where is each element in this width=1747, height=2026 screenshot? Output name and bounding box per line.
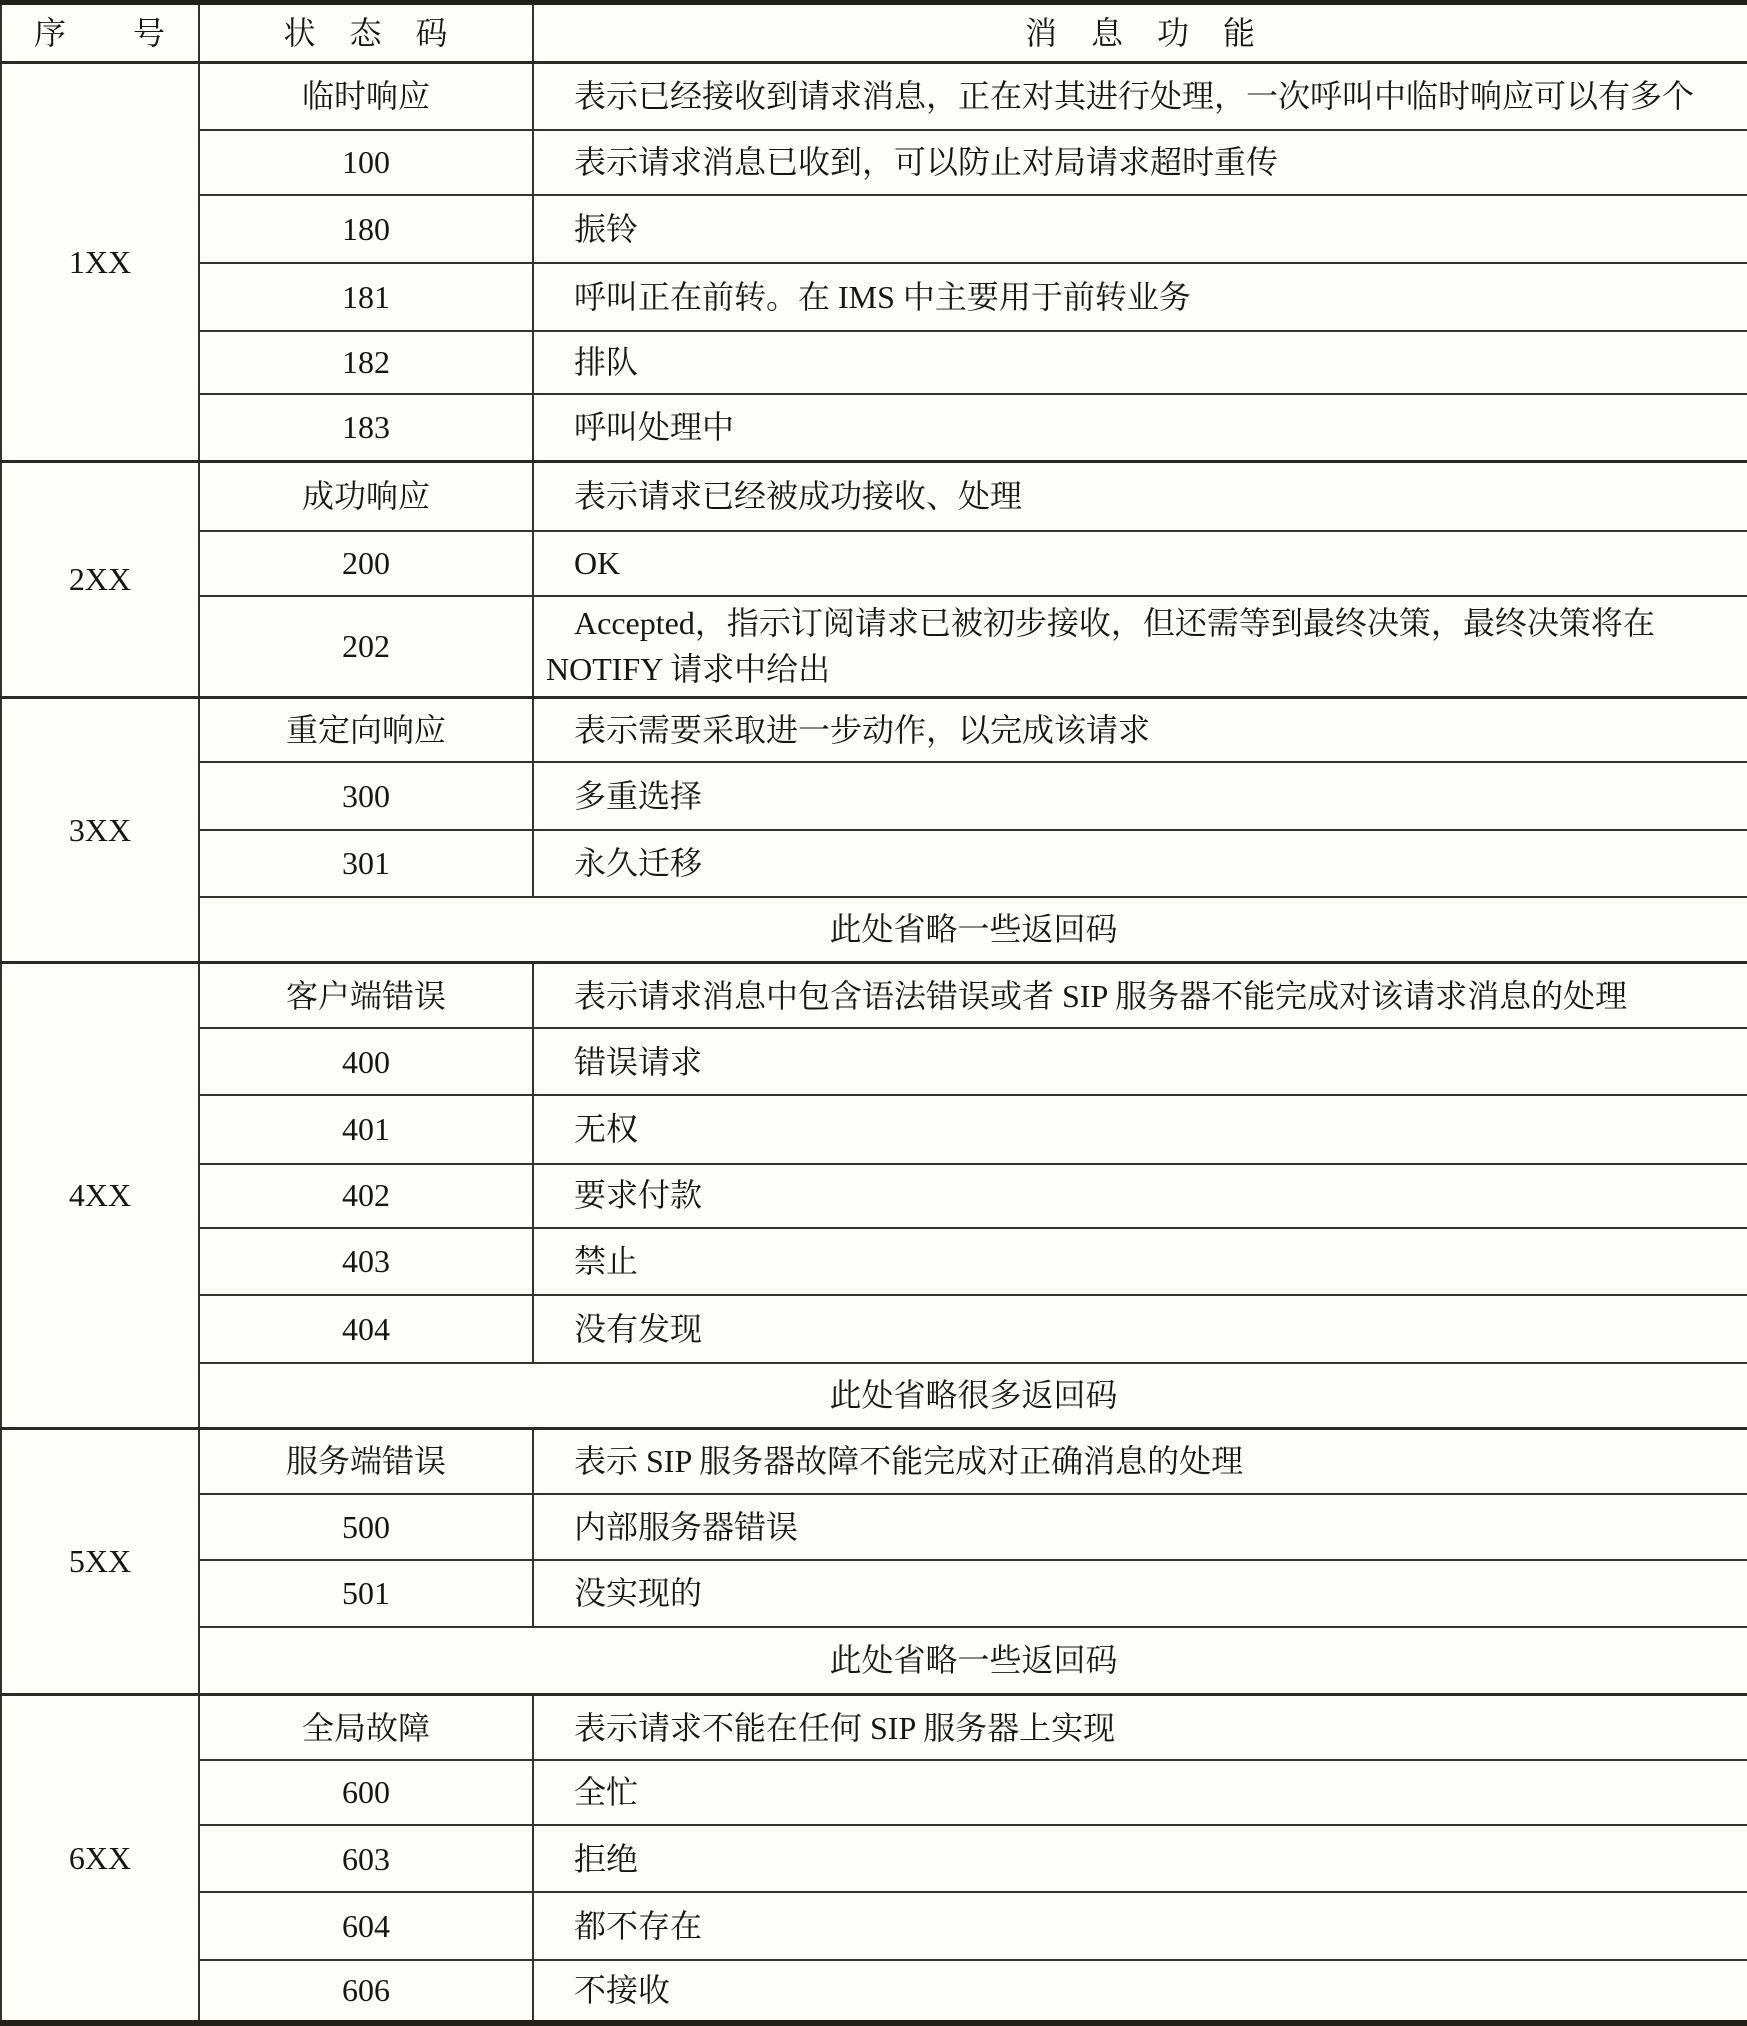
function-cell: 表示已经接收到请求消息，正在对其进行处理，一次呼叫中临时响应可以有多个 — [533, 63, 1747, 130]
function-cell: Accepted，指示订阅请求已被初步接收，但还需等到最终决策，最终决策将在 N… — [533, 596, 1747, 697]
group-label-2xx: 2XX — [1, 462, 199, 698]
status-code-cell: 202 — [199, 596, 533, 697]
table-row: 600 全忙 — [1, 1760, 1747, 1825]
status-code-cell: 300 — [199, 762, 533, 829]
table-row: 202 Accepted，指示订阅请求已被初步接收，但还需等到最终决策，最终决策… — [1, 596, 1747, 697]
group-label-5xx: 5XX — [1, 1428, 199, 1695]
function-cell: 振铃 — [533, 195, 1747, 263]
table-row: 2XX 成功响应 表示请求已经被成功接收、处理 — [1, 462, 1747, 531]
table-row: 此处省略很多返回码 — [1, 1363, 1747, 1428]
status-code-cell: 100 — [199, 130, 533, 195]
header-col-function: 消 息 功 能 — [533, 3, 1747, 63]
omitted-note-cell: 此处省略一些返回码 — [199, 1627, 1747, 1695]
function-cell: 没实现的 — [533, 1560, 1747, 1627]
table-header-row: 序 号 状 态 码 消 息 功 能 — [1, 3, 1747, 63]
group-label-6xx: 6XX — [1, 1695, 199, 2023]
table-row: 此处省略一些返回码 — [1, 1627, 1747, 1695]
function-cell: 要求付款 — [533, 1164, 1747, 1228]
omitted-note-cell: 此处省略一些返回码 — [199, 897, 1747, 963]
header-col-seq: 序 号 — [1, 3, 199, 63]
table-row: 606 不接收 — [1, 1960, 1747, 2023]
status-code-cell: 重定向响应 — [199, 697, 533, 762]
function-cell: 拒绝 — [533, 1825, 1747, 1892]
status-code-cell: 180 — [199, 195, 533, 263]
function-cell: 全忙 — [533, 1760, 1747, 1825]
status-code-cell: 182 — [199, 331, 533, 393]
group-label-3xx: 3XX — [1, 697, 199, 963]
omitted-note-cell: 此处省略很多返回码 — [199, 1363, 1747, 1428]
function-cell: 多重选择 — [533, 762, 1747, 829]
function-cell: 错误请求 — [533, 1028, 1747, 1095]
function-cell: 呼叫正在前转。在 IMS 中主要用于前转业务 — [533, 263, 1747, 331]
function-cell: 表示请求不能在任何 SIP 服务器上实现 — [533, 1695, 1747, 1760]
function-cell: 表示请求消息中包含语法错误或者 SIP 服务器不能完成对该请求消息的处理 — [533, 963, 1747, 1028]
function-cell: OK — [533, 531, 1747, 596]
status-code-cell: 成功响应 — [199, 462, 533, 531]
sip-status-code-table: 序 号 状 态 码 消 息 功 能 1XX 临时响应 表示已经接收到请求消息，正… — [0, 0, 1747, 2026]
function-cell: 呼叫处理中 — [533, 394, 1747, 462]
group-label-4xx: 4XX — [1, 963, 199, 1428]
table-row: 4XX 客户端错误 表示请求消息中包含语法错误或者 SIP 服务器不能完成对该请… — [1, 963, 1747, 1028]
function-cell: 禁止 — [533, 1228, 1747, 1295]
status-code-cell: 404 — [199, 1295, 533, 1363]
function-cell: 内部服务器错误 — [533, 1494, 1747, 1559]
status-code-cell: 603 — [199, 1825, 533, 1892]
table-row: 403 禁止 — [1, 1228, 1747, 1295]
function-cell: 没有发现 — [533, 1295, 1747, 1363]
table-row: 603 拒绝 — [1, 1825, 1747, 1892]
function-cell: 无权 — [533, 1095, 1747, 1163]
function-cell: 排队 — [533, 331, 1747, 393]
header-col-status-code: 状 态 码 — [199, 3, 533, 63]
table-row: 200 OK — [1, 531, 1747, 596]
status-code-cell: 200 — [199, 531, 533, 596]
status-code-cell: 401 — [199, 1095, 533, 1163]
status-code-cell: 183 — [199, 394, 533, 462]
table-row: 180 振铃 — [1, 195, 1747, 263]
status-code-cell: 606 — [199, 1960, 533, 2023]
function-cell: 表示需要采取进一步动作，以完成该请求 — [533, 697, 1747, 762]
table-row: 301 永久迁移 — [1, 830, 1747, 897]
table-row: 5XX 服务端错误 表示 SIP 服务器故障不能完成对正确消息的处理 — [1, 1428, 1747, 1494]
table-row: 501 没实现的 — [1, 1560, 1747, 1627]
status-code-cell: 500 — [199, 1494, 533, 1559]
scanned-table-page: 序 号 状 态 码 消 息 功 能 1XX 临时响应 表示已经接收到请求消息，正… — [0, 0, 1747, 2026]
status-code-cell: 临时响应 — [199, 63, 533, 130]
table-row: 404 没有发现 — [1, 1295, 1747, 1363]
table-row: 181 呼叫正在前转。在 IMS 中主要用于前转业务 — [1, 263, 1747, 331]
status-code-cell: 403 — [199, 1228, 533, 1295]
function-cell: 都不存在 — [533, 1892, 1747, 1959]
status-code-cell: 全局故障 — [199, 1695, 533, 1760]
table-row: 402 要求付款 — [1, 1164, 1747, 1228]
table-row: 6XX 全局故障 表示请求不能在任何 SIP 服务器上实现 — [1, 1695, 1747, 1760]
table-row: 1XX 临时响应 表示已经接收到请求消息，正在对其进行处理，一次呼叫中临时响应可… — [1, 63, 1747, 130]
table-row: 此处省略一些返回码 — [1, 897, 1747, 963]
status-code-cell: 501 — [199, 1560, 533, 1627]
function-cell: 表示 SIP 服务器故障不能完成对正确消息的处理 — [533, 1428, 1747, 1494]
table-row: 300 多重选择 — [1, 762, 1747, 829]
table-row: 401 无权 — [1, 1095, 1747, 1163]
status-code-cell: 600 — [199, 1760, 533, 1825]
table-row: 400 错误请求 — [1, 1028, 1747, 1095]
status-code-cell: 181 — [199, 263, 533, 331]
table-row: 3XX 重定向响应 表示需要采取进一步动作，以完成该请求 — [1, 697, 1747, 762]
status-code-cell: 604 — [199, 1892, 533, 1959]
table-row: 182 排队 — [1, 331, 1747, 393]
status-code-cell: 402 — [199, 1164, 533, 1228]
status-code-cell: 400 — [199, 1028, 533, 1095]
status-code-cell: 301 — [199, 830, 533, 897]
group-label-1xx: 1XX — [1, 63, 199, 462]
table-row: 183 呼叫处理中 — [1, 394, 1747, 462]
status-code-cell: 客户端错误 — [199, 963, 533, 1028]
function-cell: 不接收 — [533, 1960, 1747, 2023]
status-code-cell: 服务端错误 — [199, 1428, 533, 1494]
function-cell: 表示请求消息已收到，可以防止对局请求超时重传 — [533, 130, 1747, 195]
function-cell: 永久迁移 — [533, 830, 1747, 897]
table-row: 500 内部服务器错误 — [1, 1494, 1747, 1559]
table-row: 604 都不存在 — [1, 1892, 1747, 1959]
function-cell: 表示请求已经被成功接收、处理 — [533, 462, 1747, 531]
table-row: 100 表示请求消息已收到，可以防止对局请求超时重传 — [1, 130, 1747, 195]
